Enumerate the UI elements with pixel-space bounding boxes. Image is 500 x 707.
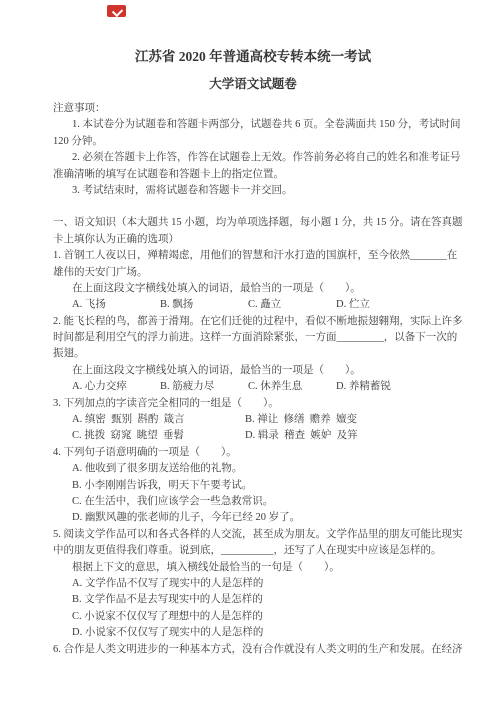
q6-stem-line-1: 6. 合作是人类文明进步的一种基本方式，没有合作就没有人类文明的生产和发展。在经… [53, 642, 453, 658]
q5-prompt: 根据上下文的意思，填入横线处最恰当的一句是（ ）。 [53, 560, 453, 576]
q3-option-c: C. 挑拨 窈窕 眺望 垂髫 [72, 428, 245, 444]
question-2: 2. 能飞长程的鸟，都善于滑翔。在它们迁徙的过程中，看似不断地振翅翱翔，实际上许… [53, 314, 453, 396]
question-1: 1. 首钢工人夜以日，殚精竭虑，用他们的智慧和汗水打造的国旗杆，至今依然____… [53, 248, 453, 314]
notice-block: 注意事项： 1. 本试卷分为试题卷和答题卡两部分，试题卷共 6 页。全卷满面共 … [53, 101, 453, 199]
q2-options-row: A. 心力交瘁 B. 筋疲力尽 C. 休养生息 D. 养精蓄锐 [53, 379, 453, 395]
exam-paper-page: 江苏省 2020 年普通高校专转本统一考试 大学语文试题卷 注意事项： 1. 本… [0, 0, 500, 707]
q2-option-d: D. 养精蓄锐 [336, 379, 391, 395]
q5-option-c: C. 小说家不仅仅写了理想中的人是怎样的 [53, 609, 453, 625]
q5-option-a: A. 文学作品不仅写了现实中的人是怎样的 [53, 576, 453, 592]
notice-item-2-line-2: 准确清晰的填写在试题卷和答题卡上的指定位置。 [53, 167, 453, 183]
q3-options-row-cd: C. 挑拨 窈窕 眺望 垂髫 D. 辑录 稽查 嫉妒 及笄 [53, 428, 453, 444]
document-content: 江苏省 2020 年普通高校专转本统一考试 大学语文试题卷 注意事项： 1. 本… [53, 48, 453, 658]
q2-stem-line-3: 振翅。 [53, 346, 453, 362]
q5-option-b: B. 文学作品不是去写现实中的人是怎样的 [53, 592, 453, 608]
notice-item-3: 3. 考试结束时，需将试题卷和答题卡一并交回。 [53, 183, 453, 199]
q3-stem: 3. 下列加点的字读音完全相同的一组是（ ）。 [53, 396, 453, 412]
q1-option-a: A. 飞扬 [72, 297, 160, 313]
q5-stem-line-1: 5. 阅读文学作品可以和各式各样的人交流，甚至成为朋友。文学作品里的朋友可能比现… [53, 527, 453, 543]
q1-stem-line-2: 雄伟的天安门广场。 [53, 265, 453, 281]
question-5: 5. 阅读文学作品可以和各式各样的人交流，甚至成为朋友。文学作品里的朋友可能比现… [53, 527, 453, 642]
q4-stem: 4. 下列句子语意明确的一项是（ ）。 [53, 445, 453, 461]
q4-option-b: B. 小李刚刚告诉我，明天下午要考试。 [53, 478, 453, 494]
q1-options-row: A. 飞扬 B. 飘扬 C. 矗立 D. 伫立 [53, 297, 453, 313]
q2-prompt: 在上面这段文字横线处填入的词语，最恰当的一项是（ ）。 [53, 363, 453, 379]
q4-option-a: A. 他收到了很多朋友送给他的礼物。 [53, 461, 453, 477]
q2-option-a: A. 心力交瘁 [72, 379, 160, 395]
red-check-badge-icon [107, 5, 126, 17]
q2-stem-line-2: 时间都是利用空气的浮力前进。这样一方面消除紧张，一方面_________，以备下… [53, 330, 453, 346]
doc-title: 江苏省 2020 年普通高校专转本统一考试 [53, 48, 453, 66]
question-3: 3. 下列加点的字读音完全相同的一组是（ ）。 A. 缜密 甄别 斟酌 箴言 B… [53, 396, 453, 445]
q1-prompt: 在上面这段文字横线处填入的词语，最恰当的一项是（ ）。 [53, 281, 453, 297]
section-1-heading-line-1: 一、语文知识（本大题共 15 小题，均为单项选择题，每小题 1 分，共 15 分… [53, 215, 453, 231]
q4-option-d: D. 幽默风趣的张老师的儿子，今年已经 20 岁了。 [53, 510, 453, 526]
q3-option-b: B. 禅让 修缮 赡养 嬗变 [245, 412, 357, 428]
section-1-heading-line-2: 卡上填你认为正确的选项） [53, 232, 453, 248]
q5-option-d: D. 小说家不仅仅写了现实中的人是怎样的 [53, 625, 453, 641]
section-1-language-knowledge: 一、语文知识（本大题共 15 小题，均为单项选择题，每小题 1 分，共 15 分… [53, 215, 453, 248]
notice-item-2-line-1: 2. 必须在答题卡上作答，作答在试题卷上无效。作答前务必将自己的姓名和准考证号 [53, 150, 453, 166]
q2-option-c: C. 休养生息 [248, 379, 336, 395]
notice-heading: 注意事项： [53, 101, 453, 117]
q1-option-b: B. 飘扬 [160, 297, 248, 313]
q3-option-d: D. 辑录 稽查 嫉妒 及笄 [245, 428, 358, 444]
question-4: 4. 下列句子语意明确的一项是（ ）。 A. 他收到了很多朋友送给他的礼物。 B… [53, 445, 453, 527]
q2-option-b: B. 筋疲力尽 [160, 379, 248, 395]
q2-stem-line-1: 2. 能飞长程的鸟，都善于滑翔。在它们迁徙的过程中，看似不断地振翅翱翔，实际上许… [53, 314, 453, 330]
notice-item-1-line-1: 1. 本试卷分为试题卷和答题卡两部分，试题卷共 6 页。全卷满面共 150 分，… [53, 117, 453, 133]
q1-stem-line-1: 1. 首钢工人夜以日，殚精竭虑，用他们的智慧和汗水打造的国旗杆，至今依然____… [53, 248, 453, 264]
q5-stem-line-2: 中的朋友更值得我们尊重。说到底，__________，还写了人在现实中应该是怎样… [53, 543, 453, 559]
notice-item-1-line-2: 120 分钟。 [53, 134, 453, 150]
q4-option-c: C. 在生活中，我们应该学会一些急救常识。 [53, 494, 453, 510]
q3-options-row-ab: A. 缜密 甄别 斟酌 箴言 B. 禅让 修缮 赡养 嬗变 [53, 412, 453, 428]
q1-option-d: D. 伫立 [336, 297, 370, 313]
q1-option-c: C. 矗立 [248, 297, 336, 313]
question-6: 6. 合作是人类文明进步的一种基本方式，没有合作就没有人类文明的生产和发展。在经… [53, 642, 453, 658]
q3-option-a: A. 缜密 甄别 斟酌 箴言 [72, 412, 245, 428]
doc-subtitle: 大学语文试题卷 [53, 75, 453, 93]
